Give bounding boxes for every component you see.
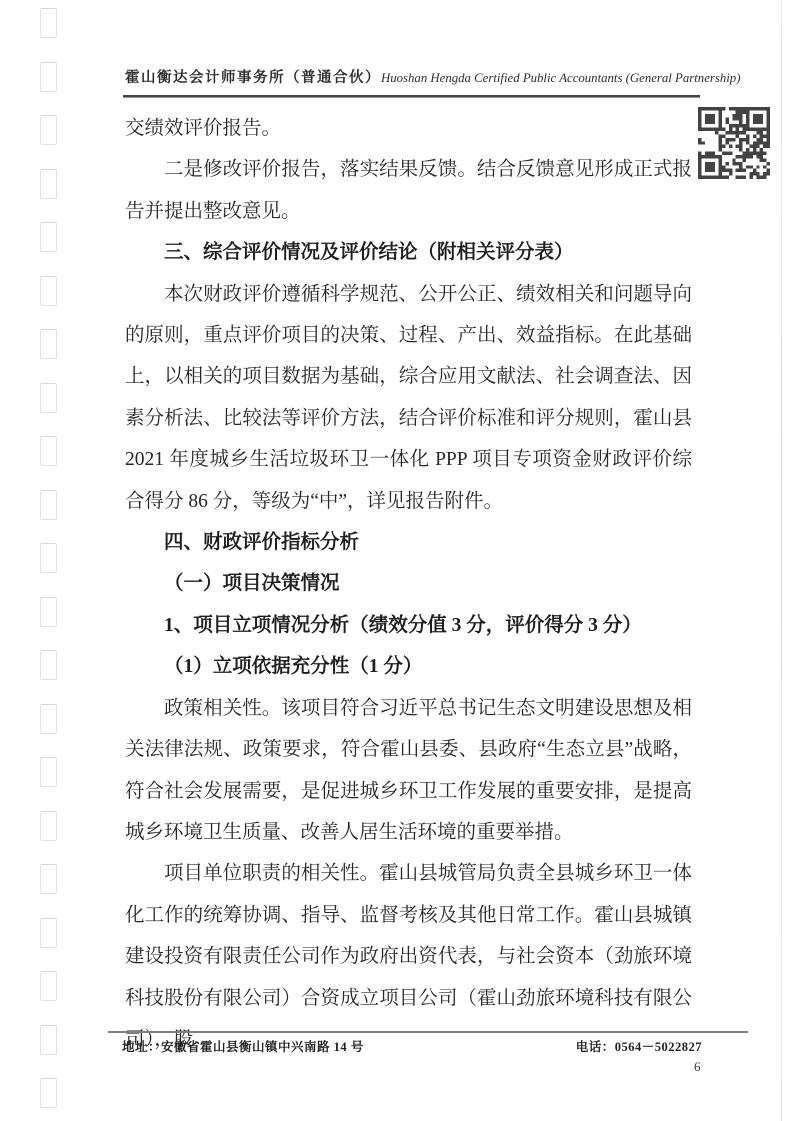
page-number: 6 <box>694 1059 701 1075</box>
binding-hole <box>40 704 57 734</box>
paragraph: 本次财政评价遵循科学规范、公开公正、绩效相关和问题导向的原则，重点评价项目的决策… <box>125 274 692 522</box>
paragraph: 二是修改评价报告，落实结果反馈。结合反馈意见形成正式报告并提出整改意见。 <box>125 149 692 232</box>
binding-hole <box>40 971 57 1001</box>
document-footer: 地址：安徽省霍山县衡山镇中兴南路 14 号 电话：0564－5022827 <box>122 1037 702 1055</box>
footer-address: 地址：安徽省霍山县衡山镇中兴南路 14 号 <box>122 1037 364 1055</box>
header-rule <box>123 95 700 98</box>
binding-hole <box>40 811 57 841</box>
document-header: 霍山衡达会计师事务所（普通合伙） Huoshan Hengda Certifie… <box>125 66 692 87</box>
document-page: 霍山衡达会计师事务所（普通合伙） Huoshan Hengda Certifie… <box>0 0 793 1121</box>
heading-section-4: 四、财政评价指标分析 <box>125 522 692 563</box>
binding-hole <box>40 222 57 252</box>
footer-rule <box>108 1031 748 1033</box>
binding-hole <box>40 1078 57 1108</box>
heading-item-1-1: （1）立项依据充分性（1 分） <box>125 646 692 687</box>
binding-hole <box>40 383 57 413</box>
binding-hole <box>40 169 57 199</box>
report-body: 交绩效评价报告。 二是修改评价报告，落实结果反馈。结合反馈意见形成正式报告并提出… <box>125 108 692 1060</box>
binding-hole <box>40 436 57 466</box>
paragraph: 项目单位职责的相关性。霍山县城管局负责全县城乡环卫一体化工作的统筹协调、指导、监… <box>125 853 692 1060</box>
binding-hole <box>40 1025 57 1055</box>
heading-item-1: 1、项目立项情况分析（绩效分值 3 分，评价得分 3 分） <box>125 605 692 646</box>
org-name-cn: 霍山衡达会计师事务所（普通合伙） <box>125 66 381 87</box>
heading-subsection-1: （一）项目决策情况 <box>125 563 692 604</box>
paragraph: 交绩效评价报告。 <box>125 108 692 149</box>
qr-code-icon <box>698 107 770 179</box>
org-name-en: Huoshan Hengda Certified Public Accounta… <box>381 71 740 86</box>
binding-hole <box>40 918 57 948</box>
footer-phone: 电话：0564－5022827 <box>576 1037 702 1055</box>
binding-holes <box>0 0 70 1121</box>
binding-hole <box>40 757 57 787</box>
binding-hole <box>40 276 57 306</box>
binding-hole <box>40 543 57 573</box>
heading-section-3: 三、综合评价情况及评价结论（附相关评分表） <box>125 232 692 273</box>
binding-hole <box>40 115 57 145</box>
binding-hole <box>40 490 57 520</box>
page-edge-line <box>781 0 782 1121</box>
binding-hole <box>40 650 57 680</box>
binding-hole <box>40 597 57 627</box>
binding-hole <box>40 62 57 92</box>
binding-hole <box>40 864 57 894</box>
binding-hole <box>40 329 57 359</box>
paragraph: 政策相关性。该项目符合习近平总书记生态文明建设思想及相关法律法规、政策要求，符合… <box>125 688 692 854</box>
binding-hole <box>40 8 57 38</box>
